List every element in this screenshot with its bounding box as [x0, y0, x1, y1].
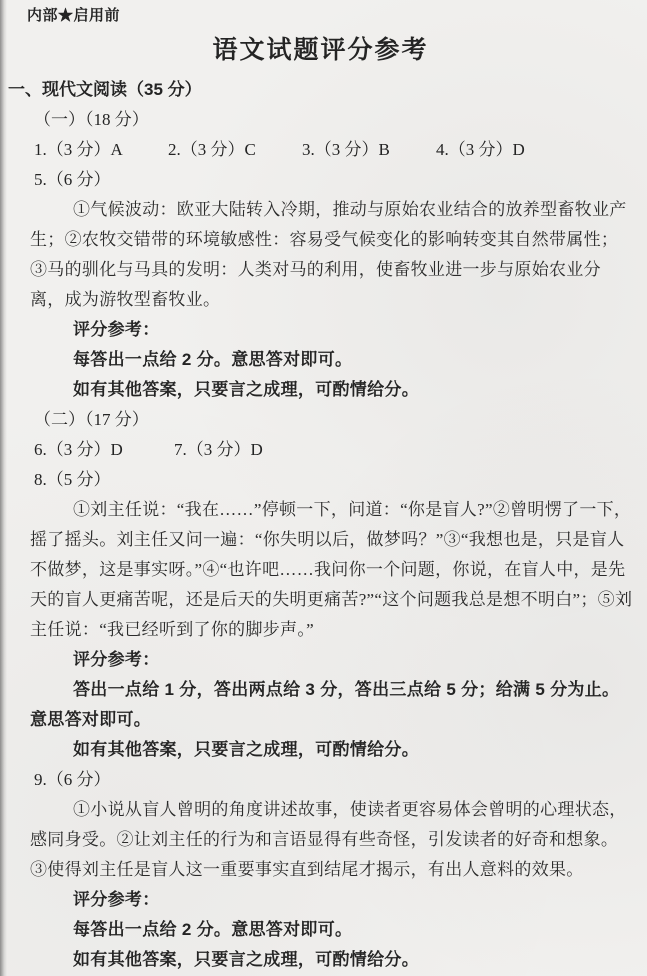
- question-9-number: 9.（6 分）: [34, 765, 633, 795]
- scanned-answer-key-page: 内部★启用前 语文试题评分参考 一、现代文阅读（35 分） （一）（18 分） …: [0, 0, 647, 976]
- part-one-heading: （一）（18 分）: [34, 105, 633, 135]
- question-5-scoring-line-2: 如有其他答案，只要言之成理，可酌情给分。: [30, 375, 633, 405]
- scan-fold-shadow: [0, 0, 7, 976]
- question-5-number: 5.（6 分）: [34, 165, 633, 195]
- question-8-scoring-line-1: 答出一点给 1 分，答出两点给 3 分，答出三点给 5 分；给满 5 分为止。意…: [30, 675, 633, 735]
- choice-answers-row-1-4: 1.（3 分）A 2.（3 分）C 3.（3 分）B 4.（3 分）D: [34, 135, 633, 165]
- choice-answer-1: 1.（3 分）A: [34, 135, 168, 165]
- question-9-scoring-label: 评分参考：: [30, 885, 633, 915]
- question-9-scoring-line-2: 如有其他答案，只要言之成理，可酌情给分。: [30, 945, 633, 975]
- question-8-number: 8.（5 分）: [34, 465, 633, 495]
- choice-answer-4: 4.（3 分）D: [436, 135, 525, 165]
- question-8-scoring-label: 评分参考：: [30, 645, 633, 675]
- part-two-heading: （二）（17 分）: [34, 405, 633, 435]
- question-8-scoring-line-2: 如有其他答案，只要言之成理，可酌情给分。: [30, 735, 633, 765]
- section-one-heading: 一、现代文阅读（35 分）: [8, 75, 633, 105]
- question-8-answer: ①刘主任说：“我在……”停顿一下，问道：“你是盲人?”②曾明愣了一下，摇了摇头。…: [30, 495, 633, 645]
- choice-answer-3: 3.（3 分）B: [302, 135, 436, 165]
- choice-answer-7: 7.（3 分）D: [174, 435, 263, 465]
- choice-answer-2: 2.（3 分）C: [168, 135, 302, 165]
- classification-note: 内部★启用前: [27, 5, 633, 27]
- question-5-scoring-label: 评分参考：: [30, 315, 633, 345]
- choice-answer-6: 6.（3 分）D: [34, 435, 174, 465]
- choice-answers-row-6-7: 6.（3 分）D 7.（3 分）D: [34, 435, 633, 465]
- page-title: 语文试题评分参考: [8, 32, 633, 68]
- question-9-scoring-line-1: 每答出一点给 2 分。意思答对即可。: [30, 915, 633, 945]
- question-5-answer: ①气候波动：欧亚大陆转入冷期，推动与原始农业结合的放养型畜牧业产生；②农牧交错带…: [30, 195, 633, 315]
- question-5-scoring-line-1: 每答出一点给 2 分。意思答对即可。: [30, 345, 633, 375]
- question-9-answer: ①小说从盲人曾明的角度讲述故事，使读者更容易体会曾明的心理状态，感同身受。②让刘…: [30, 795, 633, 885]
